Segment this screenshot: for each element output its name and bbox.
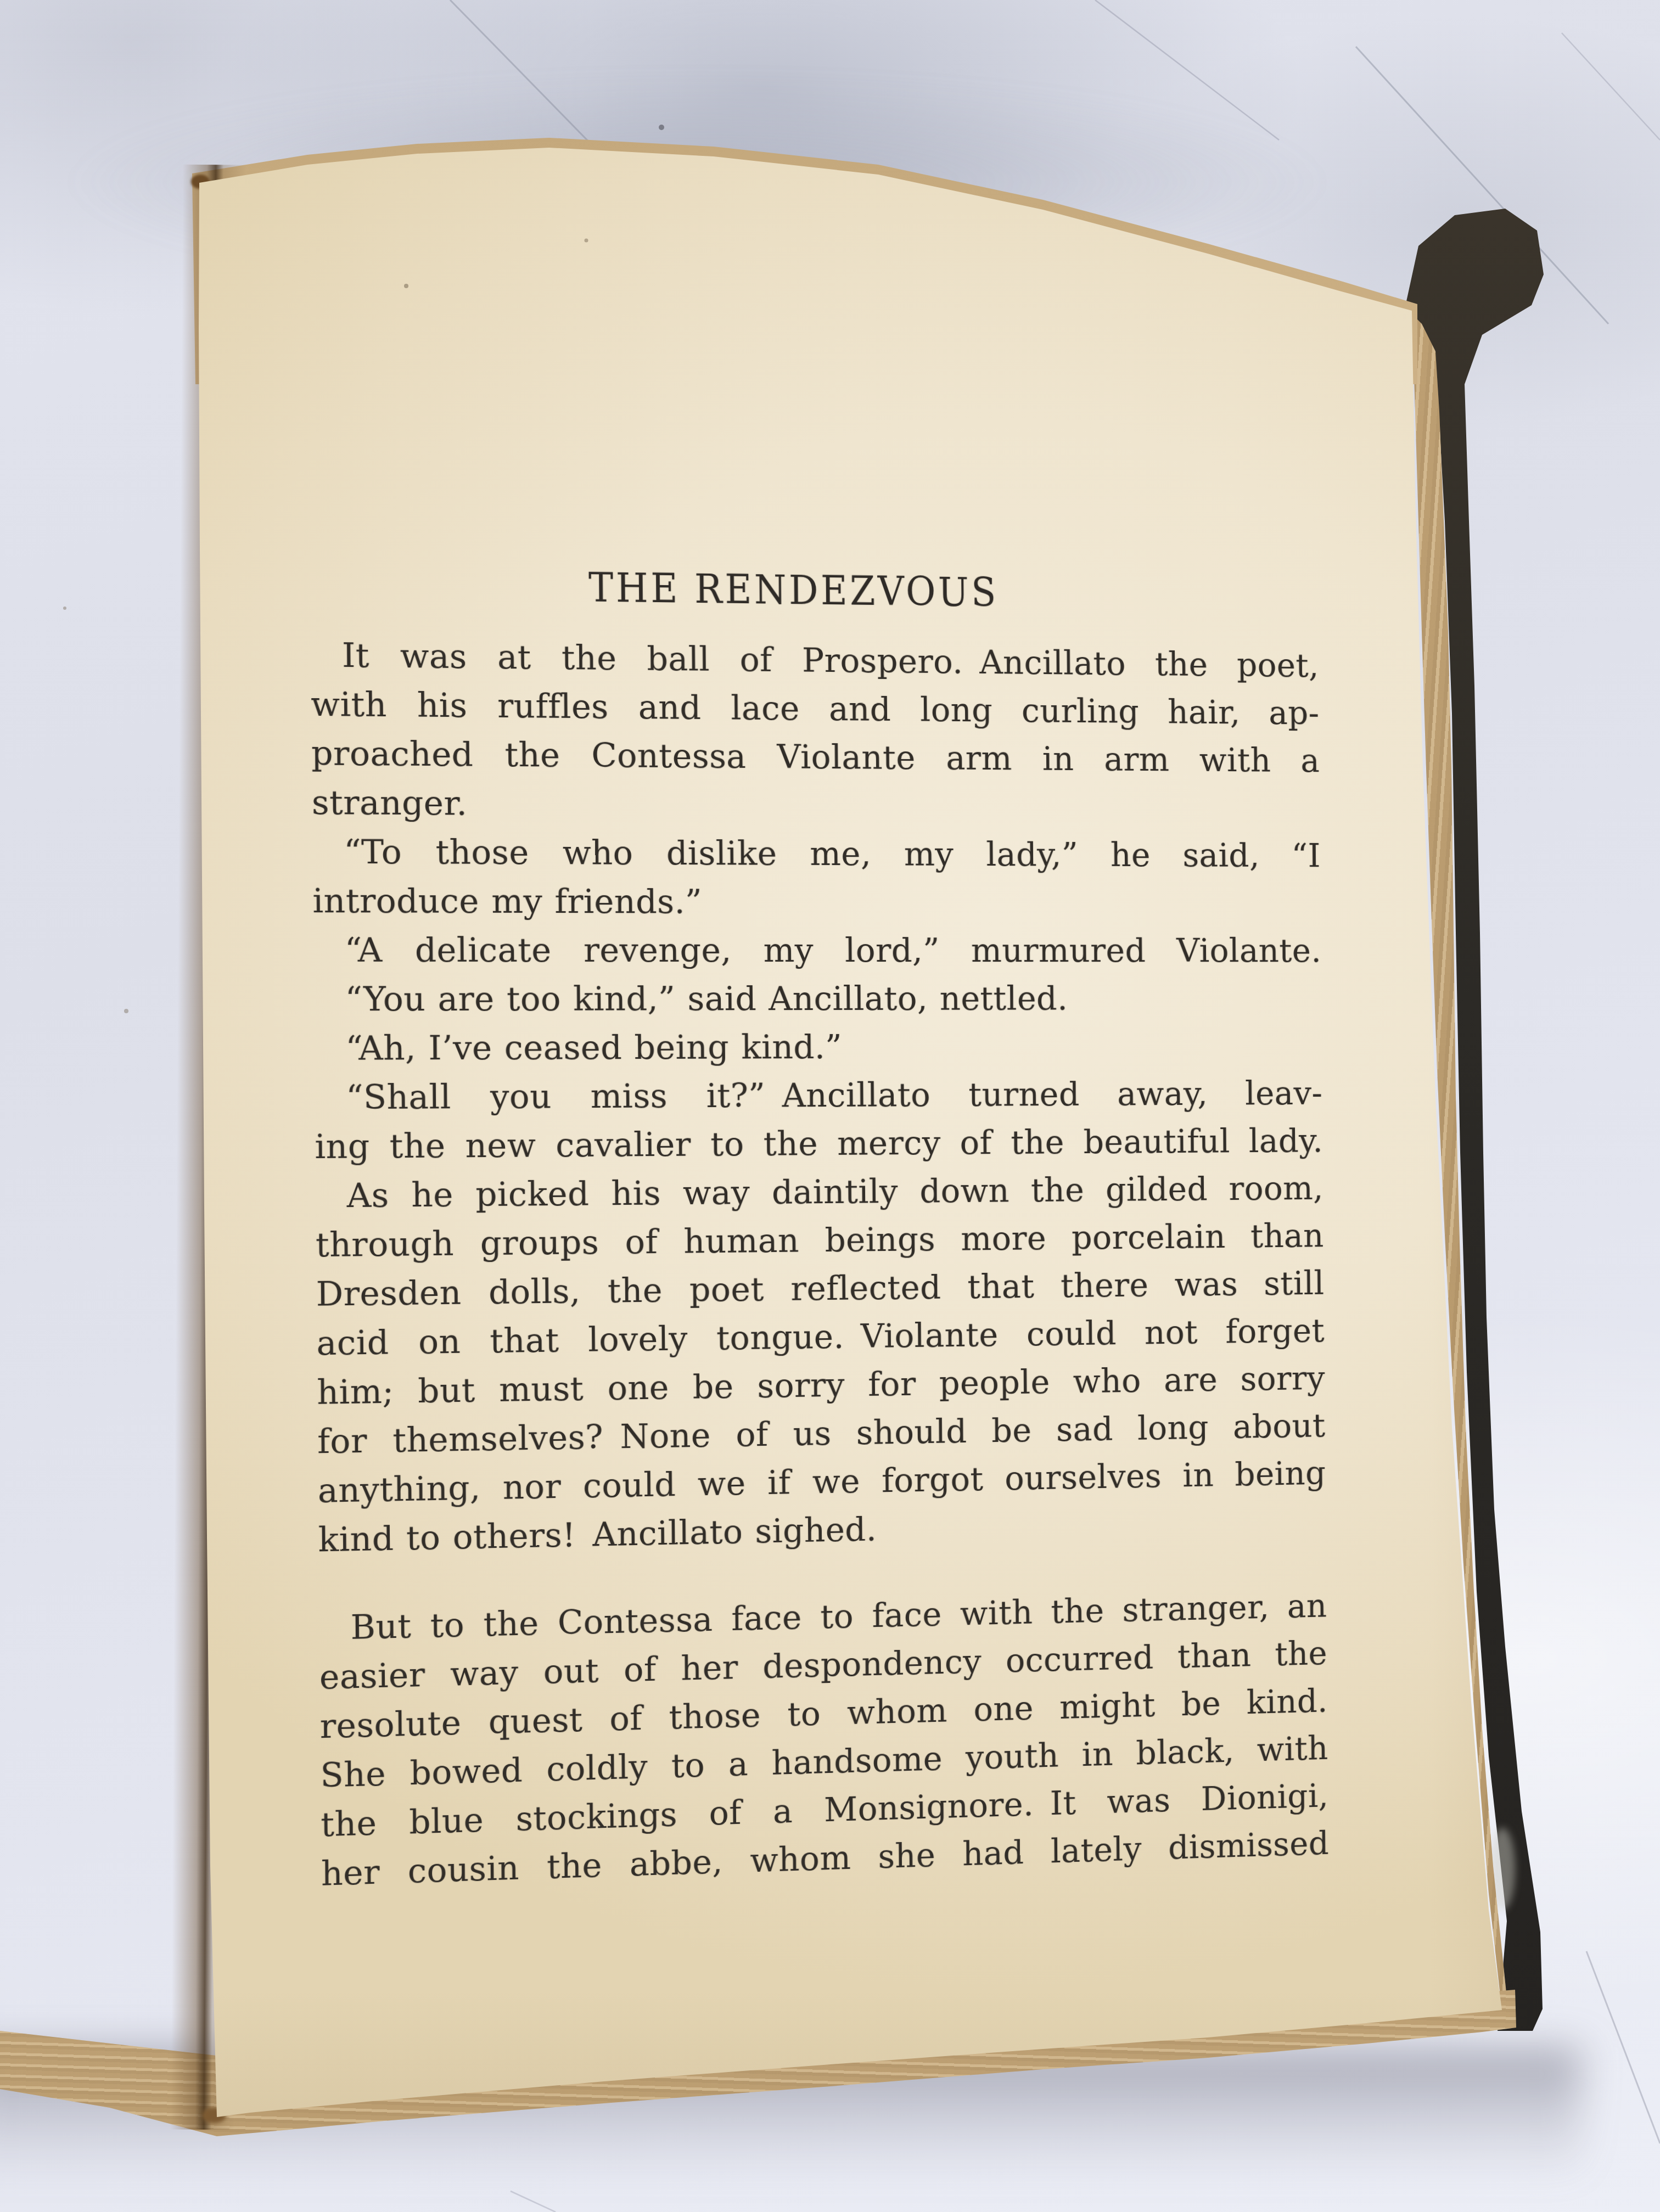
text-lines: It was at the ball of Prospero. Ancillat… (310, 631, 1329, 1899)
text-line: “A delicate revenge, my lord,” murmured … (313, 926, 1322, 975)
text-line: stranger. (311, 778, 1320, 832)
text-line: proached the Contessa Violante arm in ar… (311, 729, 1320, 784)
text-line: “To those who dislike me, my lady,” he s… (312, 827, 1321, 879)
text-line: introduce my friends.” (312, 877, 1321, 927)
text-line: “Ah, I’ve ceased being kind.” (313, 1022, 1322, 1073)
text-line: “You are too kind,” said Ancillato, nett… (313, 975, 1322, 1024)
page-text-block: THE RENDEZVOUS It was at the ball of Pro… (310, 556, 1329, 1899)
text-line: “Shall you miss it?” Ancillato turned aw… (314, 1070, 1323, 1122)
text-line: As he picked his way daintily down the g… (315, 1165, 1323, 1221)
text-line: with his ruffles and lace and long curli… (311, 680, 1320, 738)
photo-scene: THE RENDEZVOUS It was at the ball of Pro… (0, 0, 1660, 2212)
text-line: ing the new cavalier to the mercy of the… (315, 1117, 1323, 1171)
